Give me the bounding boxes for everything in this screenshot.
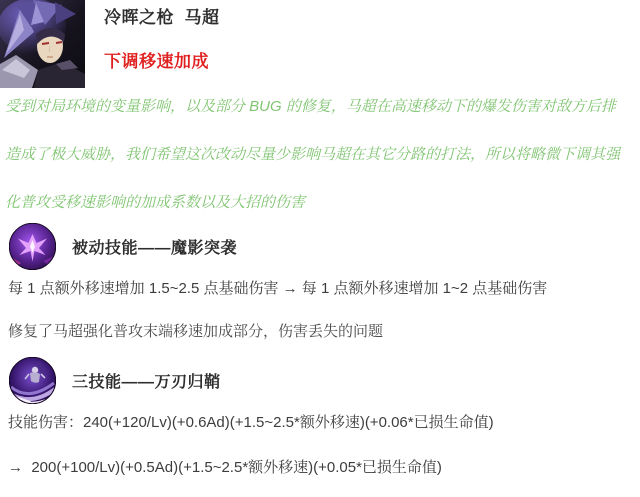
passive-skill-title: 被动技能——魔影突袭	[72, 235, 237, 258]
skill-section-ultimate: 三技能——万刃归鞘 技能伤害：240(+120/Lv)(+0.6Ad)(+1.5…	[0, 357, 640, 478]
ultimate-skill-icon	[9, 357, 56, 404]
ultimate-damage-before-line: 技能伤害：240(+120/Lv)(+0.6Ad)(+1.5~2.5*额外移速)…	[0, 413, 640, 433]
passive-change-line: 每 1 点额外移速增加 1.5~2.5 点基础伤害 → 每 1 点额外移速增加 …	[0, 279, 640, 299]
passive-fix-line: 修复了马超强化普攻末端移速加成部分，伤害丢失的问题	[0, 322, 640, 342]
passive-skill-header: 被动技能——魔影突袭	[0, 223, 640, 270]
nerf-summary-label: 下调移速加成	[104, 52, 219, 72]
header-text-block: 冷晖之枪 马超 下调移速加成	[104, 0, 219, 88]
skill-section-passive: 被动技能——魔影突袭 每 1 点额外移速增加 1.5~2.5 点基础伤害 → 每…	[0, 223, 640, 342]
passive-skill-icon	[9, 223, 56, 270]
ultimate-damage-after-line: → 200(+100/Lv)(+0.5Ad)(+1.5~2.5*额外移速)(+0…	[0, 458, 640, 478]
designer-note-paragraph: 受到对局环境的变量影响，以及部分 BUG 的修复，马超在高速移动下的爆发伤害对敌…	[0, 83, 640, 227]
ultimate-skill-header: 三技能——万刃归鞘	[0, 357, 640, 404]
hero-avatar	[0, 0, 85, 88]
patch-note-article: 冷晖之枪 马超 下调移速加成 受到对局环境的变量影响，以及部分 BUG 的修复，…	[0, 0, 640, 478]
hero-header: 冷晖之枪 马超 下调移速加成	[0, 0, 640, 88]
hero-title: 冷晖之枪 马超	[104, 8, 219, 28]
ultimate-skill-title: 三技能——万刃归鞘	[72, 369, 221, 392]
